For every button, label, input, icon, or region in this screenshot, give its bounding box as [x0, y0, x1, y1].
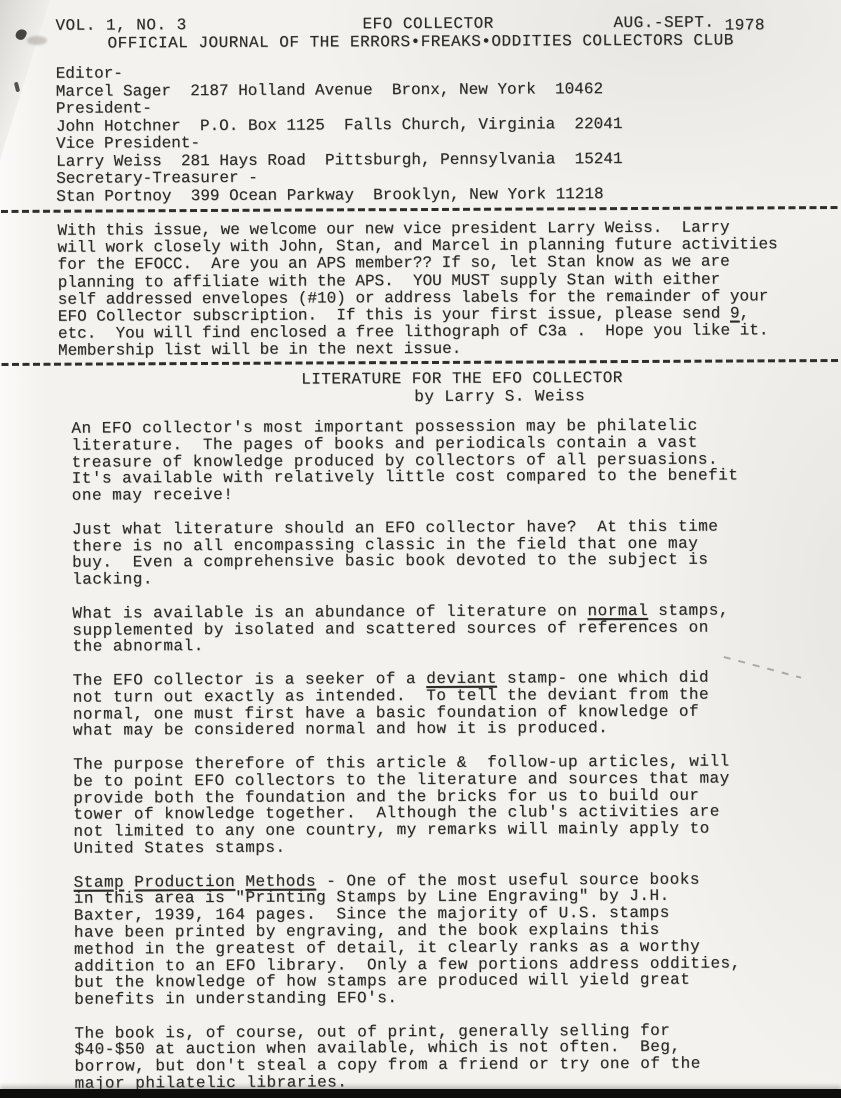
- article-body: An EFO collector's most important posses…: [71, 417, 741, 1092]
- journal-title: EFO COLLECTOR: [362, 16, 493, 34]
- issue-date-line: AUG.-SEPT. 1978: [613, 14, 765, 32]
- volume-number: VOL. 1, NO. 3: [55, 17, 186, 35]
- announcement-paragraph: With this issue, we welcome our new vice…: [57, 219, 778, 360]
- journal-subtitle: OFFICIAL JOURNAL OF THE ERRORS•FREAKS•OD…: [107, 32, 733, 52]
- officers-list: Editor- Marcel Sager 2187 Holland Avenue…: [56, 63, 623, 206]
- smudge-mark: [27, 36, 47, 45]
- scanned-newsletter-page: VOL. 1, NO. 3 EFO COLLECTOR AUG.-SEPT. 1…: [0, 0, 841, 1098]
- dashed-separator-top: [0, 206, 841, 213]
- scan-edge-bar: [0, 1089, 841, 1098]
- article-byline: by Larry S. Weiss: [414, 388, 585, 406]
- issue-date: AUG.-SEPT.: [613, 14, 714, 32]
- article-title: LITERATURE FOR THE EFO COLLECTOR: [301, 370, 623, 389]
- page-content: VOL. 1, NO. 3 EFO COLLECTOR AUG.-SEPT. 1…: [0, 0, 841, 1098]
